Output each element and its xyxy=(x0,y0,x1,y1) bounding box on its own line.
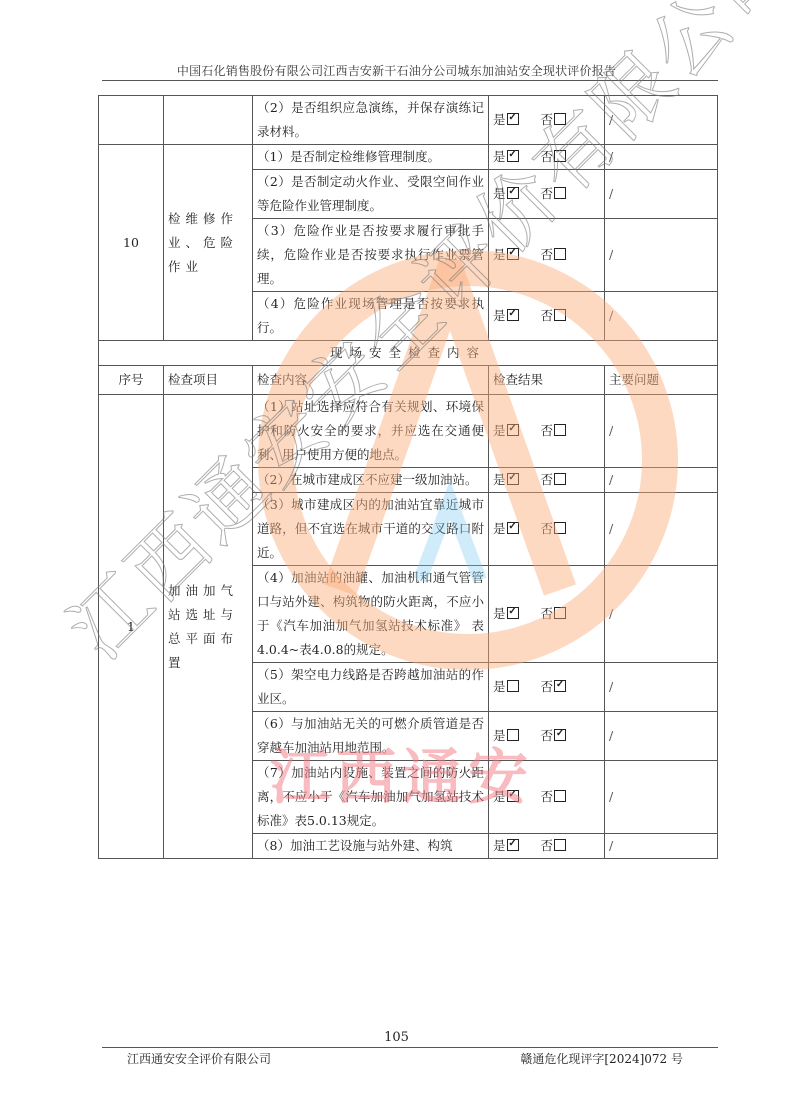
check-content: （8）加油工艺设施与站外建、构筑 xyxy=(253,834,489,859)
no-checkbox[interactable] xyxy=(554,248,566,260)
yes-option[interactable]: 是 xyxy=(493,517,519,541)
no-checkbox[interactable] xyxy=(554,473,566,485)
no-checkbox[interactable] xyxy=(554,607,566,619)
main-issue: / xyxy=(605,712,718,761)
yes-checkbox[interactable] xyxy=(507,790,519,802)
check-result: 是否 xyxy=(489,761,605,834)
no-checkbox[interactable] xyxy=(554,680,566,692)
check-result: 是否 xyxy=(489,96,605,145)
check-result: 是否 xyxy=(489,493,605,566)
report-header-title: 中国石化销售股份有限公司江西吉安新干石油分公司城东加油站安全现状评价报告 xyxy=(0,62,793,79)
no-option[interactable]: 否 xyxy=(541,145,567,169)
row-number xyxy=(99,96,164,145)
yes-option[interactable]: 是 xyxy=(493,182,519,206)
yes-option[interactable]: 是 xyxy=(493,834,519,858)
check-content: （5）架空电力线路是否跨越加油站的作业区。 xyxy=(253,663,489,712)
column-header: 检查项目 xyxy=(164,366,253,395)
column-header: 检查结果 xyxy=(489,366,605,395)
check-result: 是否 xyxy=(489,712,605,761)
no-checkbox[interactable] xyxy=(554,729,566,741)
no-checkbox[interactable] xyxy=(554,424,566,436)
yes-option[interactable]: 是 xyxy=(493,468,519,492)
no-option[interactable]: 否 xyxy=(541,304,567,328)
yes-checkbox[interactable] xyxy=(507,424,519,436)
column-header: 序号 xyxy=(99,366,164,395)
column-header: 主要问题 xyxy=(605,366,718,395)
no-option[interactable]: 否 xyxy=(541,419,567,443)
section-row: 现场安全检查内容 xyxy=(99,341,718,366)
no-option[interactable]: 否 xyxy=(541,834,567,858)
main-issue: / xyxy=(605,145,718,170)
yes-checkbox[interactable] xyxy=(507,680,519,692)
check-result: 是否 xyxy=(489,395,605,468)
no-option[interactable]: 否 xyxy=(541,724,567,748)
yes-option[interactable]: 是 xyxy=(493,243,519,267)
no-checkbox[interactable] xyxy=(554,150,566,162)
main-issue: / xyxy=(605,219,718,292)
no-option[interactable]: 否 xyxy=(541,108,567,132)
check-result: 是否 xyxy=(489,834,605,859)
yes-checkbox[interactable] xyxy=(507,187,519,199)
check-content: （4）加油站的油罐、加油机和通气管管口与站外建、构筑物的防火距离，不应小于《汽车… xyxy=(253,566,489,663)
check-item: 加油加气站选址与总平面布置 xyxy=(164,395,253,859)
table-row: （2）是否组织应急演练，并保存演练记录材料。是否/ xyxy=(99,96,718,145)
check-content: （2）是否制定动火作业、受限空间作业等危险作业管理制度。 xyxy=(253,170,489,219)
no-checkbox[interactable] xyxy=(554,790,566,802)
footer-company: 江西通安安全评价有限公司 xyxy=(127,1050,271,1067)
table-row: 10检维修作业、危险作业（1）是否制定检维修管理制度。是否/ xyxy=(99,145,718,170)
row-number: 10 xyxy=(99,145,164,341)
footer-divider xyxy=(102,1047,718,1048)
row-number: 1 xyxy=(99,395,164,859)
check-content: （4）危险作业现场管理是否按要求执行。 xyxy=(253,292,489,341)
yes-option[interactable]: 是 xyxy=(493,145,519,169)
check-content: （6）与加油站无关的可燃介质管道是否穿越车加油站用地范围。 xyxy=(253,712,489,761)
main-issue: / xyxy=(605,566,718,663)
yes-option[interactable]: 是 xyxy=(493,724,519,748)
yes-checkbox[interactable] xyxy=(507,522,519,534)
main-issue: / xyxy=(605,395,718,468)
check-content: （7）加油站内设施、装置之间的防火距离，不应小于《汽车加油加气加氢站技术标准》表… xyxy=(253,761,489,834)
no-checkbox[interactable] xyxy=(554,839,566,851)
check-result: 是否 xyxy=(489,468,605,493)
yes-option[interactable]: 是 xyxy=(493,419,519,443)
page-number: 105 xyxy=(0,1030,793,1045)
check-result: 是否 xyxy=(489,170,605,219)
yes-option[interactable]: 是 xyxy=(493,602,519,626)
no-option[interactable]: 否 xyxy=(541,468,567,492)
no-option[interactable]: 否 xyxy=(541,785,567,809)
check-content: （1）站址选择应符合有关规划、环境保护和防火安全的要求，并应选在交通便利、用户使… xyxy=(253,395,489,468)
yes-checkbox[interactable] xyxy=(507,473,519,485)
column-header-row: 序号检查项目检查内容检查结果主要问题 xyxy=(99,366,718,395)
main-issue: / xyxy=(605,170,718,219)
main-issue: / xyxy=(605,468,718,493)
inspection-table: （2）是否组织应急演练，并保存演练记录材料。是否/10检维修作业、危险作业（1）… xyxy=(98,95,718,859)
check-content: （1）是否制定检维修管理制度。 xyxy=(253,145,489,170)
no-checkbox[interactable] xyxy=(554,187,566,199)
no-option[interactable]: 否 xyxy=(541,602,567,626)
main-issue: / xyxy=(605,96,718,145)
no-option[interactable]: 否 xyxy=(541,182,567,206)
table-row: 1加油加气站选址与总平面布置（1）站址选择应符合有关规划、环境保护和防火安全的要… xyxy=(99,395,718,468)
no-checkbox[interactable] xyxy=(554,113,566,125)
no-checkbox[interactable] xyxy=(554,522,566,534)
check-content: （3）危险作业是否按要求履行审批手续，危险作业是否按要求执行作业票管理。 xyxy=(253,219,489,292)
main-issue: / xyxy=(605,834,718,859)
no-option[interactable]: 否 xyxy=(541,243,567,267)
check-result: 是否 xyxy=(489,663,605,712)
no-checkbox[interactable] xyxy=(554,309,566,321)
no-option[interactable]: 否 xyxy=(541,517,567,541)
main-issue: / xyxy=(605,761,718,834)
no-option[interactable]: 否 xyxy=(541,675,567,699)
yes-checkbox[interactable] xyxy=(507,248,519,260)
main-issue: / xyxy=(605,292,718,341)
yes-option[interactable]: 是 xyxy=(493,108,519,132)
yes-option[interactable]: 是 xyxy=(493,675,519,699)
check-item: 检维修作业、危险作业 xyxy=(164,145,253,341)
yes-checkbox[interactable] xyxy=(507,113,519,125)
main-issue: / xyxy=(605,663,718,712)
footer-doc-number: 赣通危化现评字[2024]072 号 xyxy=(520,1050,683,1067)
check-content: （2）是否组织应急演练，并保存演练记录材料。 xyxy=(253,96,489,145)
yes-checkbox[interactable] xyxy=(507,607,519,619)
yes-option[interactable]: 是 xyxy=(493,785,519,809)
check-result: 是否 xyxy=(489,145,605,170)
yes-checkbox[interactable] xyxy=(507,309,519,321)
section-title: 现场安全检查内容 xyxy=(99,341,718,366)
check-item xyxy=(164,96,253,145)
check-result: 是否 xyxy=(489,566,605,663)
header-divider xyxy=(102,80,718,81)
yes-checkbox[interactable] xyxy=(507,150,519,162)
check-result: 是否 xyxy=(489,292,605,341)
column-header: 检查内容 xyxy=(253,366,489,395)
yes-option[interactable]: 是 xyxy=(493,304,519,328)
yes-checkbox[interactable] xyxy=(507,729,519,741)
main-issue: / xyxy=(605,493,718,566)
check-content: （2）在城市建成区不应建一级加油站。 xyxy=(253,468,489,493)
check-result: 是否 xyxy=(489,219,605,292)
check-content: （3）城市建成区内的加油站宜靠近城市道路，但不宜选在城市干道的交叉路口附近。 xyxy=(253,493,489,566)
yes-checkbox[interactable] xyxy=(507,839,519,851)
